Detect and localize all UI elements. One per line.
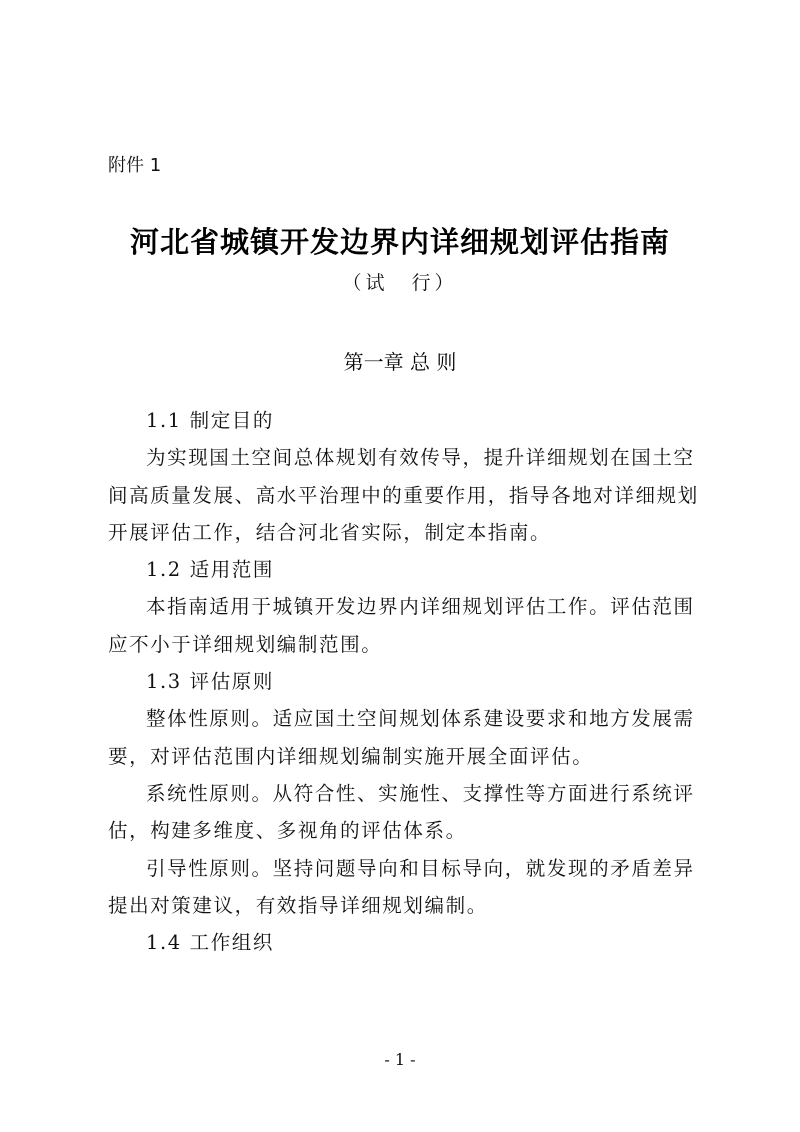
paragraph-line: 开展评估工作，结合河北省实际，制定本指南。 [108,514,706,551]
paragraph-line: 要，对评估范围内详细规划编制实施开展全面评估。 [108,738,706,775]
section-heading-1-3: 1.3 评估原则 [108,663,706,700]
paragraph-line: 引导性原则。坚持问题导向和目标导向，就发现的矛盾差异 [108,850,706,887]
attachment-label: 附件 1 [108,154,161,178]
paragraph-line: 本指南适用于城镇开发边界内详细规划评估工作。评估范围 [108,588,706,625]
paragraph-line: 估，构建多维度、多视角的评估体系。 [108,812,706,849]
section-heading-1-1: 1.1 制定目的 [108,402,706,439]
section-heading-1-2: 1.2 适用范围 [108,551,706,588]
paragraph-line: 间高质量发展、高水平治理中的重要作用，指导各地对详细规划 [108,477,706,514]
paragraph-line: 系统性原则。从符合性、实施性、支撑性等方面进行系统评 [108,775,706,812]
document-title: 河北省城镇开发边界内详细规划评估指南 [0,222,800,262]
paragraph-line: 应不小于详细规划编制范围。 [108,626,706,663]
document-subtitle: （试 行） [0,270,800,296]
body-text: 1.1 制定目的 为实现国土空间总体规划有效传导，提升详细规划在国土空 间高质量… [108,402,706,961]
section-heading-1-4: 1.4 工作组织 [108,924,706,961]
paragraph-line: 整体性原则。适应国土空间规划体系建设要求和地方发展需 [108,700,706,737]
paragraph-line: 提出对策建议，有效指导详细规划编制。 [108,887,706,924]
document-page: 附件 1 河北省城镇开发边界内详细规划评估指南 （试 行） 第一章 总 则 1.… [0,0,800,1132]
paragraph-line: 为实现国土空间总体规划有效传导，提升详细规划在国土空 [108,439,706,476]
chapter-heading: 第一章 总 则 [0,348,800,376]
page-number: - 1 - [0,1050,800,1070]
